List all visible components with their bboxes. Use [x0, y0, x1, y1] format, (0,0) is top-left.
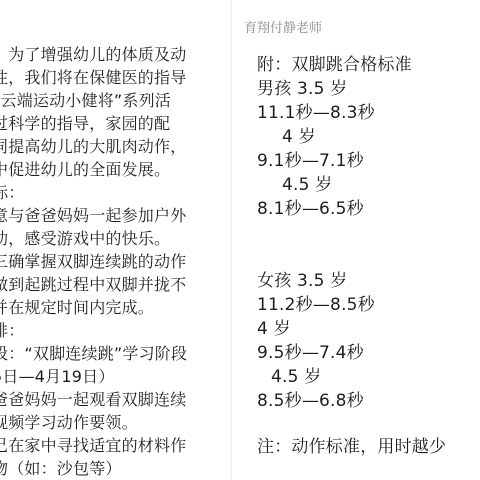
body-line: 三确掌握双脚连续跳的动作 — [0, 249, 186, 272]
girls-range: 11.2秒—8.5秒 — [257, 290, 375, 315]
body-line: 并在规定时间内完成。 — [0, 295, 154, 318]
body-line: 做到起跳过程中双脚并拢不 — [0, 272, 186, 295]
section-heading: 标： — [0, 180, 24, 203]
boys-range: 9.1秒—7.1秒 — [257, 146, 364, 171]
body-line: ：为了增强幼儿的体质及动 — [0, 42, 186, 65]
girls-range: 8.5秒—6.8秒 — [257, 386, 364, 411]
body-line: 己在家中寻找适宜的材料作 — [0, 433, 186, 456]
standards-title: 附：双脚跳合格标准 — [257, 50, 412, 75]
note-text: 注：动作标准，用时越少 — [257, 432, 446, 457]
girls-age-label: 女孩 3.5 岁 — [257, 266, 347, 291]
body-line: 性，我们将在保健医的指导 — [0, 65, 186, 88]
body-line: 中促进幼儿的全面发展。 — [0, 157, 170, 180]
right-screenshot-panel: 育翔付静老师 附：双脚跳合格标准 男孩 3.5 岁 11.1秒—8.3秒 4 岁… — [232, 0, 480, 480]
boys-age-label: 男孩 3.5 岁 — [257, 74, 347, 99]
boys-age-label: 4 岁 — [257, 122, 316, 147]
girls-age-label: 4 岁 — [257, 314, 291, 339]
body-line: 段：“双脚连续跳”学习阶段 — [0, 341, 187, 364]
boys-range: 11.1秒—8.3秒 — [257, 98, 375, 123]
body-line: 5日—4月19日） — [0, 364, 115, 387]
left-screenshot-panel: 师 ：为了增强幼儿的体质及动 性，我们将在保健医的指导 “云端运动小健将”系列活… — [0, 0, 230, 480]
body-line: 物（如：沙包等） — [0, 456, 122, 479]
boys-age-label: 4.5 岁 — [257, 170, 332, 195]
body-line: 同提高幼儿的大肌肉动作， — [0, 134, 186, 157]
body-line: 过科学的指导，家园的配 — [0, 111, 170, 134]
girls-range: 9.5秒—7.4秒 — [257, 338, 364, 363]
section-heading: 排： — [0, 318, 24, 341]
body-line: 动，感受游戏中的快乐。 — [0, 226, 170, 249]
right-author-header: 育翔付静老师 — [244, 17, 322, 36]
body-line: 爸爸妈妈一起观看双脚连续 — [0, 387, 186, 410]
body-line: 视频学习动作要领。 — [0, 410, 138, 433]
boys-range: 8.1秒—6.5秒 — [257, 194, 364, 219]
body-line: 意与爸爸妈妈一起参加户外 — [0, 203, 186, 226]
girls-age-label: 4.5 岁 — [271, 362, 321, 387]
body-line: “云端运动小健将”系列活 — [0, 88, 171, 111]
